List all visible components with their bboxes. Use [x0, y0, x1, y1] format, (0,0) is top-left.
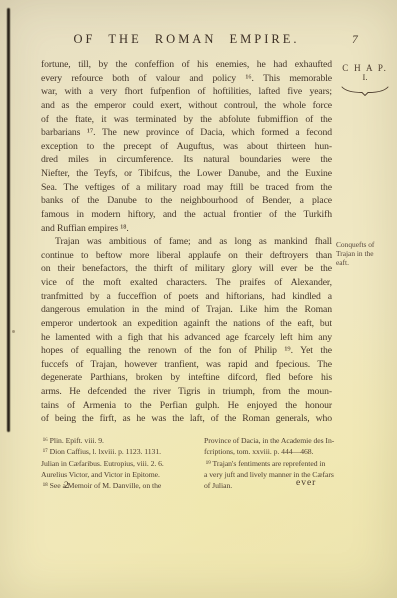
catchword: ever	[296, 478, 316, 488]
body-text: fortune, till, by the confeffion of his …	[41, 58, 332, 426]
footnote-column-right: Province of Dacia, in the Academie des I…	[204, 435, 372, 491]
chapter-brace-ornament	[336, 83, 394, 101]
footnotes: ¹⁶ Plin. Epift. viii. 9. ¹⁷ Dion Caffius…	[41, 435, 372, 491]
running-header: OF THE ROMAN EMPIRE.	[41, 32, 332, 47]
signature-mark: 2	[64, 481, 69, 491]
paper-speck	[12, 330, 15, 333]
chapter-margin-note: C H A P. I.	[336, 63, 394, 101]
book-page: OF THE ROMAN EMPIRE. 7 fortune, till, by…	[0, 0, 397, 598]
paragraph-1: fortune, till, by the confeffion of his …	[41, 58, 332, 235]
page-number: 7	[352, 34, 358, 46]
chapter-numeral: I.	[336, 72, 394, 82]
paragraph-2: Trajan was ambitious of fame; and as lon…	[41, 235, 332, 426]
side-note-conquests: Conquefts ofTrajan in theeaft.	[336, 240, 394, 268]
page-edge-shadow	[7, 8, 10, 432]
